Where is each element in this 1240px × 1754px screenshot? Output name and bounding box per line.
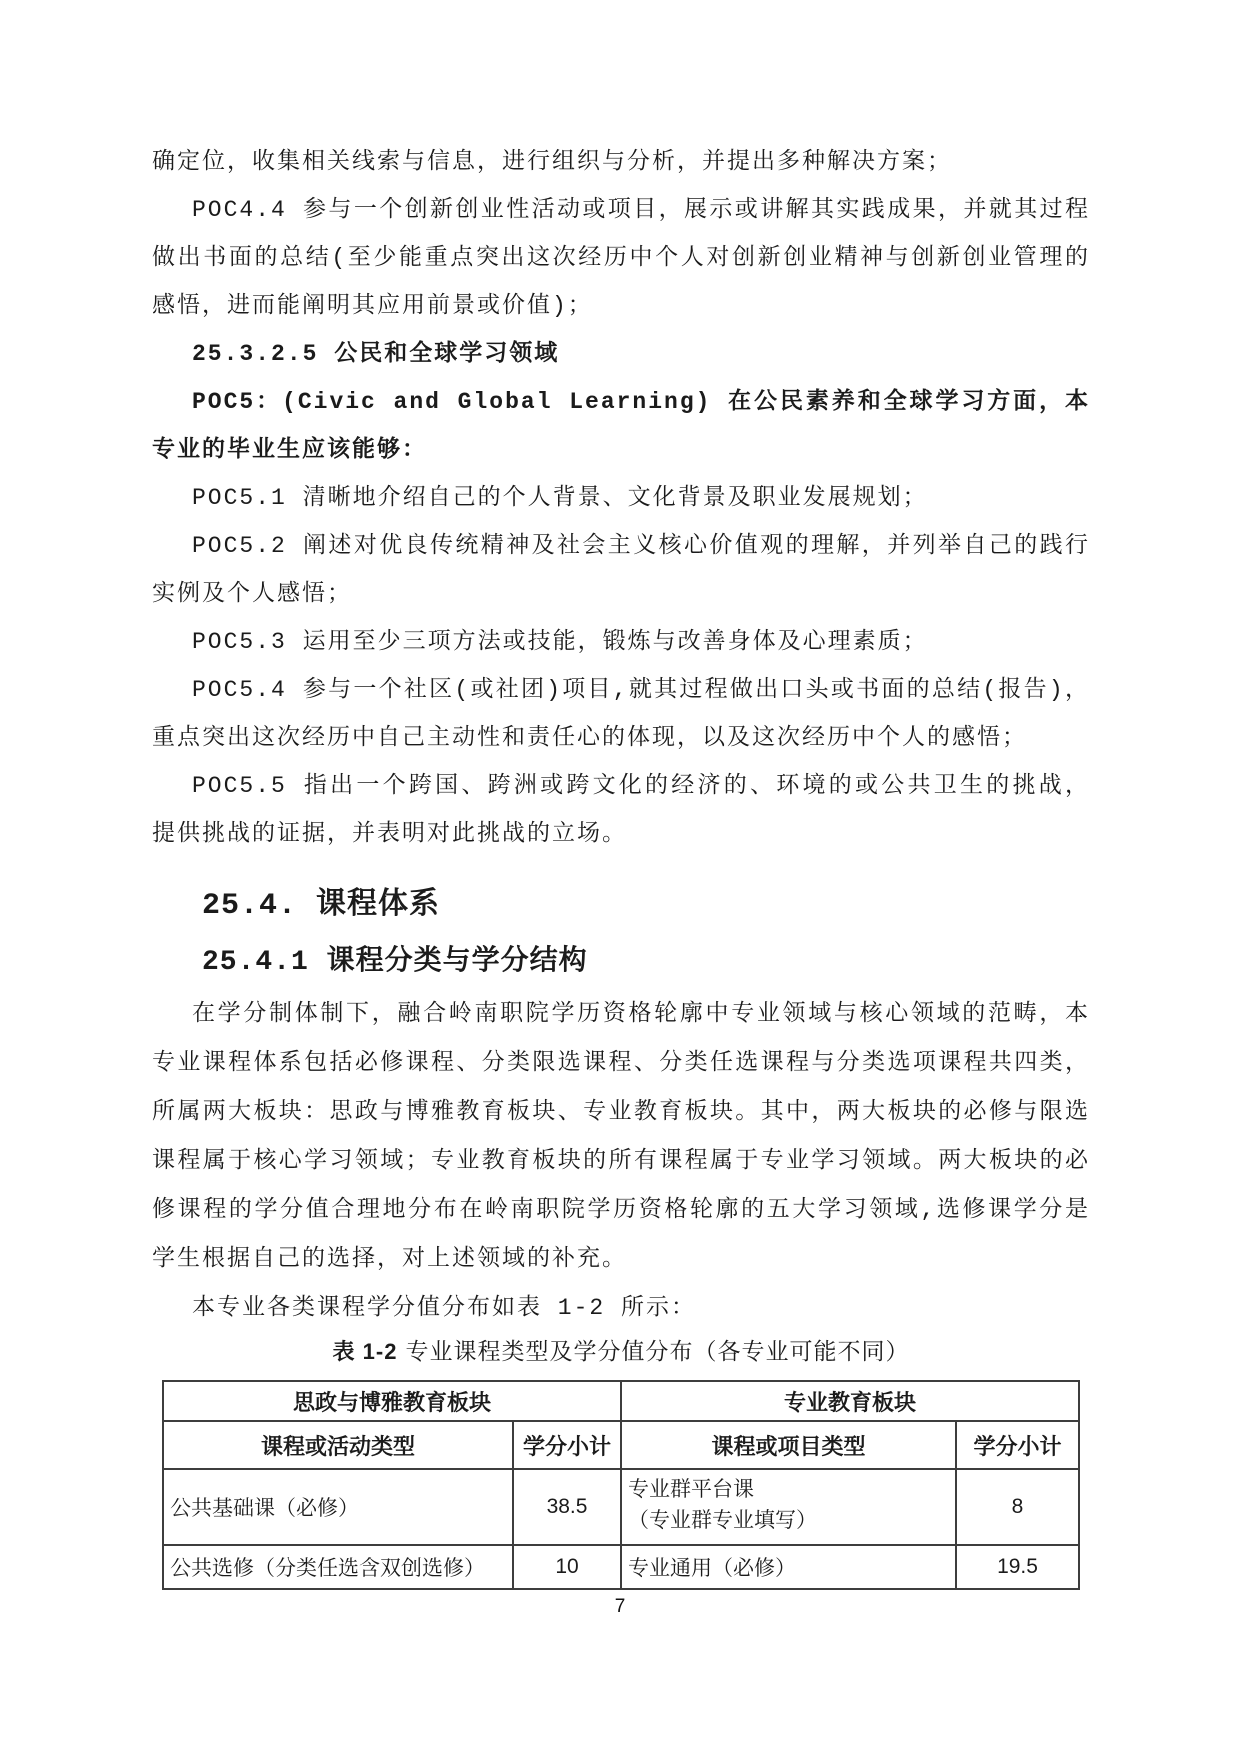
document-page: 确定位，收集相关线索与信息，进行组织与分析，并提出多种解决方案； POC4.4 … — [0, 0, 1240, 1754]
heading-25-3-2-5: 25.3.2.5 公民和全球学习领域 — [152, 330, 1090, 378]
table-caption: 表 1-2专业课程类型及学分值分布（各专业可能不同） — [152, 1333, 1090, 1372]
cell-professional-group-platform: 专业群平台课 （专业群专业填写） — [621, 1469, 956, 1545]
cell-public-elective-credits: 10 — [513, 1545, 621, 1589]
cell-public-elective-course: 公共选修（分类任选含双创选修） — [163, 1545, 513, 1589]
cell-professional-group-credits: 8 — [956, 1469, 1079, 1545]
table-section-header-row: 思政与博雅教育板块 专业教育板块 — [163, 1381, 1079, 1421]
heading-25-4-1: 25.4.1 课程分类与学分结构 — [202, 936, 1090, 990]
paragraph-table-intro: 本专业各类课程学分值分布如表 1-2 所示： — [152, 1284, 1090, 1333]
cell-public-basic-course: 公共基础课（必修） — [163, 1469, 513, 1545]
paragraph-poc5-1: POC5.1 清晰地介绍自己的个人背景、文化背景及职业发展规划； — [152, 474, 1090, 522]
column-header-credit-subtotal-right: 学分小计 — [956, 1421, 1079, 1469]
paragraph-poc5-5: POC5.5 指出一个跨国、跨洲或跨文化的经济的、环境的或公共卫生的挑战， 提供… — [152, 762, 1090, 858]
paragraph-credit-system: 在学分制体制下，融合岭南职院学历资格轮廓中专业领域与核心领域的范畴，本专业课程体… — [152, 990, 1090, 1284]
heading-25-4: 25.4. 课程体系 — [202, 876, 1090, 936]
table-caption-label: 表 1-2 — [333, 1339, 398, 1364]
column-header-course-project-type: 课程或项目类型 — [621, 1421, 956, 1469]
table-column-header-row: 课程或活动类型 学分小计 课程或项目类型 学分小计 — [163, 1421, 1079, 1469]
cell-public-basic-credits: 38.5 — [513, 1469, 621, 1545]
paragraph-poc5-2: POC5.2 阐述对优良传统精神及社会主义核心价值观的理解，并列举自己的践行实例… — [152, 522, 1090, 618]
cell-professional-general: 专业通用（必修） — [621, 1545, 956, 1589]
page-content: 确定位，收集相关线索与信息，进行组织与分析，并提出多种解决方案； POC4.4 … — [0, 0, 1240, 1590]
section-header-civic-liberal: 思政与博雅教育板块 — [163, 1381, 621, 1421]
paragraph-poc5-4: POC5.4 参与一个社区(或社团)项目,就其过程做出口头或书面的总结(报告)，… — [152, 666, 1090, 762]
paragraph-poc4-4: POC4.4 参与一个创新创业性活动或项目，展示或讲解其实践成果，并就其过程做出… — [152, 186, 1090, 330]
credits-table: 思政与博雅教育板块 专业教育板块 课程或活动类型 学分小计 课程或项目类型 学分… — [162, 1380, 1080, 1590]
section-header-professional: 专业教育板块 — [621, 1381, 1079, 1421]
table-caption-title: 专业课程类型及学分值分布（各专业可能不同） — [405, 1340, 909, 1366]
column-header-credit-subtotal-left: 学分小计 — [513, 1421, 621, 1469]
column-header-course-activity-type: 课程或活动类型 — [163, 1421, 513, 1469]
page-number: 7 — [0, 1596, 1240, 1618]
cell-professional-general-credits: 19.5 — [956, 1545, 1079, 1589]
paragraph-poc5-3: POC5.3 运用至少三项方法或技能，锻炼与改善身体及心理素质； — [152, 618, 1090, 666]
paragraph-poc5-intro: POC5：(Civic and Global Learning) 在公民素养和全… — [152, 378, 1090, 474]
paragraph-continuation: 确定位，收集相关线索与信息，进行组织与分析，并提出多种解决方案； — [152, 138, 1090, 186]
table-row: 公共基础课（必修） 38.5 专业群平台课 （专业群专业填写） 8 — [163, 1469, 1079, 1545]
table-row: 公共选修（分类任选含双创选修） 10 专业通用（必修） 19.5 — [163, 1545, 1079, 1589]
